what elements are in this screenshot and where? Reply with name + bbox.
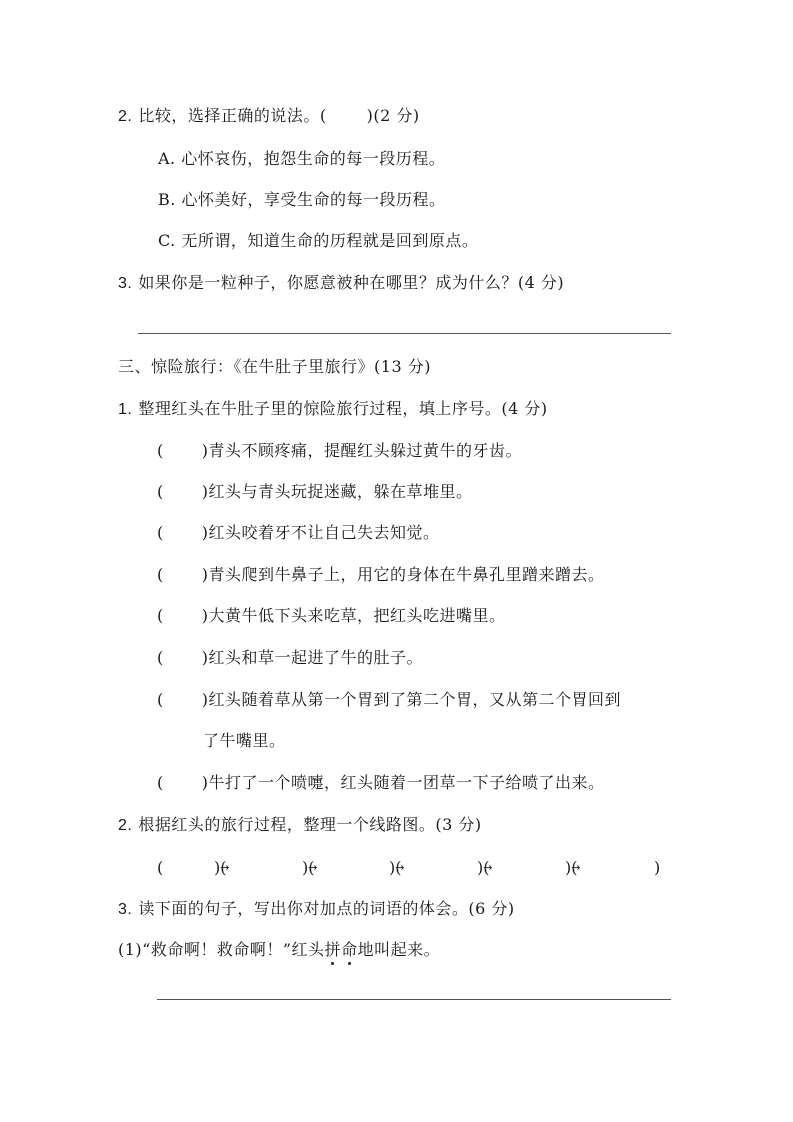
paren-close: ) bbox=[202, 441, 209, 460]
item-text: 红头与青头玩捉迷藏，躲在草堆里。 bbox=[209, 482, 473, 501]
question-number: 3. bbox=[118, 275, 132, 292]
option-label: C. bbox=[158, 231, 176, 250]
paren-open: ( bbox=[157, 690, 164, 709]
paren-open: ( bbox=[157, 482, 164, 501]
sentence-after: 地叫起来。 bbox=[358, 940, 441, 959]
option-text: 无所谓，知道生命的历程就是回到原点。 bbox=[181, 231, 478, 250]
section-score: (13 分) bbox=[374, 357, 431, 376]
question-text: 比较，选择正确的说法。( bbox=[138, 106, 326, 125]
sequence-item: ()大黄牛低下头来吃草，把红头吃进嘴里。 bbox=[157, 606, 506, 626]
sequence-item: ()红头咬着牙不让自己失去知觉。 bbox=[157, 523, 440, 543]
sentence-before: “救命啊！救命啊！”红头 bbox=[142, 940, 324, 959]
option-label: A. bbox=[158, 149, 176, 168]
arrow-icon: → bbox=[571, 858, 580, 878]
paren-close: ) bbox=[202, 482, 209, 501]
item-text: 青头不顾疼痛，提醒红头躲过黄牛的牙齿。 bbox=[209, 441, 523, 460]
item-text: 红头咬着牙不让自己失去知觉。 bbox=[209, 523, 440, 542]
sub-question-label: (1) bbox=[118, 940, 142, 959]
sub-question-1: (1)“救命啊！救命啊！”红头拼命地叫起来。 bbox=[118, 940, 440, 960]
route-box-6-close: ) bbox=[654, 858, 660, 878]
paren-open: ( bbox=[157, 606, 164, 625]
arrow-icon: → bbox=[395, 858, 404, 878]
route-box-2-close: )→( bbox=[302, 858, 315, 878]
option-c: C. 无所谓，知道生命的历程就是回到原点。 bbox=[158, 231, 478, 251]
answer-line-q3[interactable] bbox=[138, 333, 671, 334]
question-number: 3. bbox=[118, 901, 132, 918]
route-box-3-close: )→( bbox=[389, 858, 402, 878]
route-box-5-close: )→( bbox=[565, 858, 578, 878]
sequence-item: ()青头爬到牛鼻子上，用它的身体在牛鼻孔里蹭来蹭去。 bbox=[157, 565, 605, 585]
arrow-icon: → bbox=[308, 858, 317, 878]
paren-close: ) bbox=[202, 773, 209, 792]
question-number: 2. bbox=[118, 108, 132, 125]
arrow-icon: → bbox=[483, 858, 492, 878]
question-number: 1. bbox=[118, 401, 132, 418]
paren-open: ( bbox=[157, 441, 164, 460]
route-box-4-close: )→( bbox=[477, 858, 490, 878]
paren-open: ( bbox=[157, 648, 164, 667]
section3-question-3: 3.读下面的句子，写出你对加点的词语的体会。(6 分) bbox=[118, 899, 515, 920]
sequence-item-continuation: 了牛嘴里。 bbox=[203, 731, 286, 751]
dotted-char: 拼 bbox=[325, 940, 342, 960]
option-text: 心怀美好，享受生命的每一段历程。 bbox=[181, 190, 445, 209]
question-3: 3.如果你是一粒种子，你愿意被种在哪里？成为什么？(4 分) bbox=[118, 273, 564, 294]
section3-question-2: 2.根据红头的旅行过程，整理一个线路图。(3 分) bbox=[118, 815, 482, 836]
route-box-1-close: )→( bbox=[214, 858, 227, 878]
arrow-icon: → bbox=[220, 858, 229, 878]
route-box-1[interactable]: ( bbox=[157, 858, 163, 878]
option-a: A. 心怀哀伤，抱怨生命的每一段历程。 bbox=[158, 149, 445, 169]
option-label: B. bbox=[158, 190, 176, 209]
paren-open: ( bbox=[157, 773, 164, 792]
item-text: 大黄牛低下头来吃草，把红头吃进嘴里。 bbox=[209, 606, 506, 625]
section-heading: 三、惊险旅行：《在牛肚子里旅行》(13 分) bbox=[118, 357, 431, 377]
dotted-char: 命 bbox=[341, 940, 358, 960]
paren-close: ) bbox=[202, 648, 209, 667]
paren-close: ) bbox=[202, 565, 209, 584]
paren-close: ) bbox=[202, 690, 209, 709]
section3-question-1: 1.整理红头在牛肚子里的惊险旅行过程，填上序号。(4 分) bbox=[118, 399, 548, 420]
question-text: 根据红头的旅行过程，整理一个线路图。(3 分) bbox=[138, 815, 481, 834]
paren-close: ) bbox=[202, 606, 209, 625]
question-text: 读下面的句子，写出你对加点的词语的体会。(6 分) bbox=[138, 899, 514, 918]
question-number: 2. bbox=[118, 817, 132, 834]
item-text: 红头和草一起进了牛的肚子。 bbox=[209, 648, 424, 667]
sequence-item: ()青头不顾疼痛，提醒红头躲过黄牛的牙齿。 bbox=[157, 441, 522, 461]
item-text: 青头爬到牛鼻子上，用它的身体在牛鼻孔里蹭来蹭去。 bbox=[209, 565, 605, 584]
paren-close: ) bbox=[202, 523, 209, 542]
sequence-item: ()红头和草一起进了牛的肚子。 bbox=[157, 648, 423, 668]
item-text: 牛打了一个喷嚏，红头随着一团草一下子给喷了出来。 bbox=[209, 773, 605, 792]
answer-line-sub1[interactable] bbox=[157, 999, 671, 1000]
option-b: B. 心怀美好，享受生命的每一段历程。 bbox=[158, 190, 445, 210]
option-text: 心怀哀伤，抱怨生命的每一段历程。 bbox=[181, 149, 445, 168]
paren-open: ( bbox=[157, 565, 164, 584]
question-text: 如果你是一粒种子，你愿意被种在哪里？成为什么？(4 分) bbox=[138, 273, 564, 292]
item-text: 红头随着草从第一个胃到了第二个胃，又从第二个胃回到 bbox=[209, 690, 622, 709]
section-title: 三、惊险旅行：《在牛肚子里旅行》 bbox=[118, 357, 374, 376]
sequence-item: ()牛打了一个喷嚏，红头随着一团草一下子给喷了出来。 bbox=[157, 773, 605, 793]
question-text: 整理红头在牛肚子里的惊险旅行过程，填上序号。(4 分) bbox=[138, 399, 547, 418]
sequence-item: ()红头随着草从第一个胃到了第二个胃，又从第二个胃回到 bbox=[157, 690, 621, 710]
sequence-item: ()红头与青头玩捉迷藏，躲在草堆里。 bbox=[157, 482, 473, 502]
question-2: 2.比较，选择正确的说法。()(2 分) bbox=[118, 106, 420, 127]
paren-open: ( bbox=[157, 523, 164, 542]
question-score: )(2 分) bbox=[367, 106, 420, 125]
